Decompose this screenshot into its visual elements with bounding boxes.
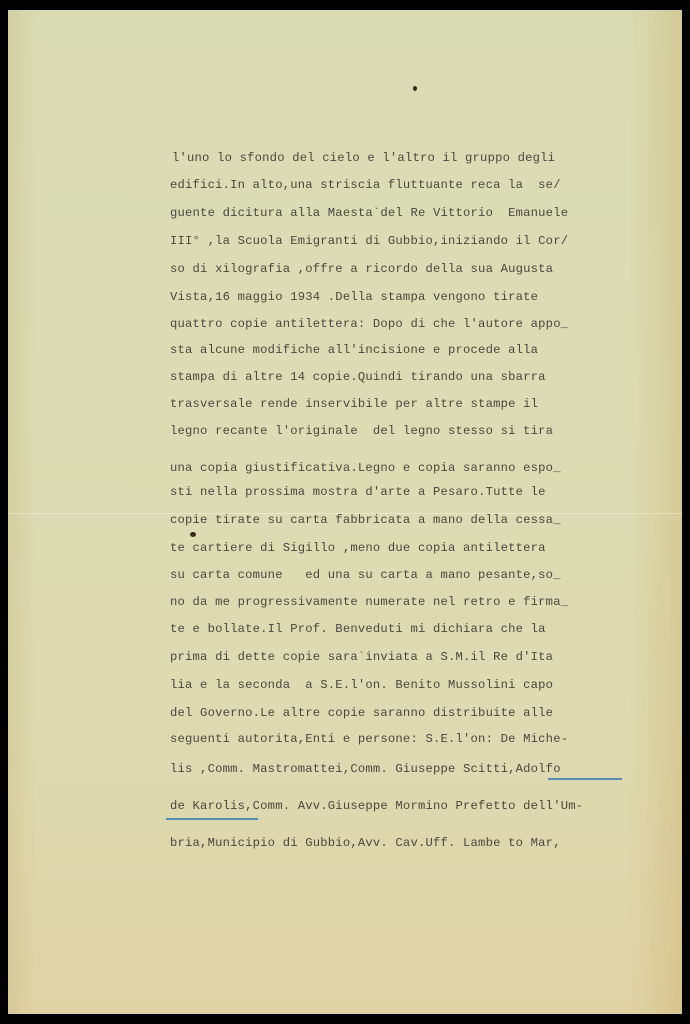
text-line: sta alcune modifiche all'incisione e pro… [170,342,538,358]
text-line: lia e la seconda a S.E.l'on. Benito Muss… [170,677,553,693]
ink-speck [413,86,417,91]
text-line: guente dicitura alla Maesta`del Re Vitto… [170,205,568,221]
text-line: l'uno lo sfondo del cielo e l'altro il g… [172,150,555,166]
text-line: bria,Municipio di Gubbio,Avv. Cav.Uff. L… [170,835,561,851]
text-line: seguenti autorita,Enti e persone: S.E.l'… [170,731,568,747]
document-page: l'uno lo sfondo del cielo e l'altro il g… [8,10,682,1014]
text-line: so di xilografia ,offre a ricordo della … [170,261,553,277]
text-line: te e bollate.Il Prof. Benveduti mi dichi… [170,621,546,637]
pencil-underline-de-karolis [166,818,258,820]
text-line: legno recante l'originale del legno stes… [170,423,553,439]
text-line: prima di dette copie sara`inviata a S.M.… [170,649,553,665]
text-line: edifici.In alto,una striscia fluttuante … [170,177,561,193]
text-line: una copia giustificativa.Legno e copia s… [170,460,561,476]
text-line: trasversale rende inservibile per altre … [170,396,538,412]
text-line: del Governo.Le altre copie saranno distr… [170,705,553,721]
text-line: III° ,la Scuola Emigranti di Gubbio,iniz… [170,233,568,249]
ink-speck [190,532,196,537]
text-line: sti nella prossima mostra d'arte a Pesar… [170,484,546,500]
text-line: no da me progressivamente numerate nel r… [170,594,568,610]
text-line: su carta comune ed una su carta a mano p… [170,567,561,583]
text-line: copie tirate su carta fabbricata a mano … [170,512,561,528]
text-line: stampa di altre 14 copie.Quindi tirando … [170,369,546,385]
text-line: lis ,Comm. Mastromattei,Comm. Giuseppe S… [170,761,561,777]
text-line: te cartiere di Sigillo ,meno due copia a… [170,540,546,556]
pencil-underline-adolfo [548,778,622,780]
text-line: de Karolis,Comm. Avv.Giuseppe Mormino Pr… [170,798,583,814]
text-line: Vista,16 maggio 1934 .Della stampa vengo… [170,289,538,305]
text-line: quattro copie antilettera: Dopo di che l… [170,316,568,332]
